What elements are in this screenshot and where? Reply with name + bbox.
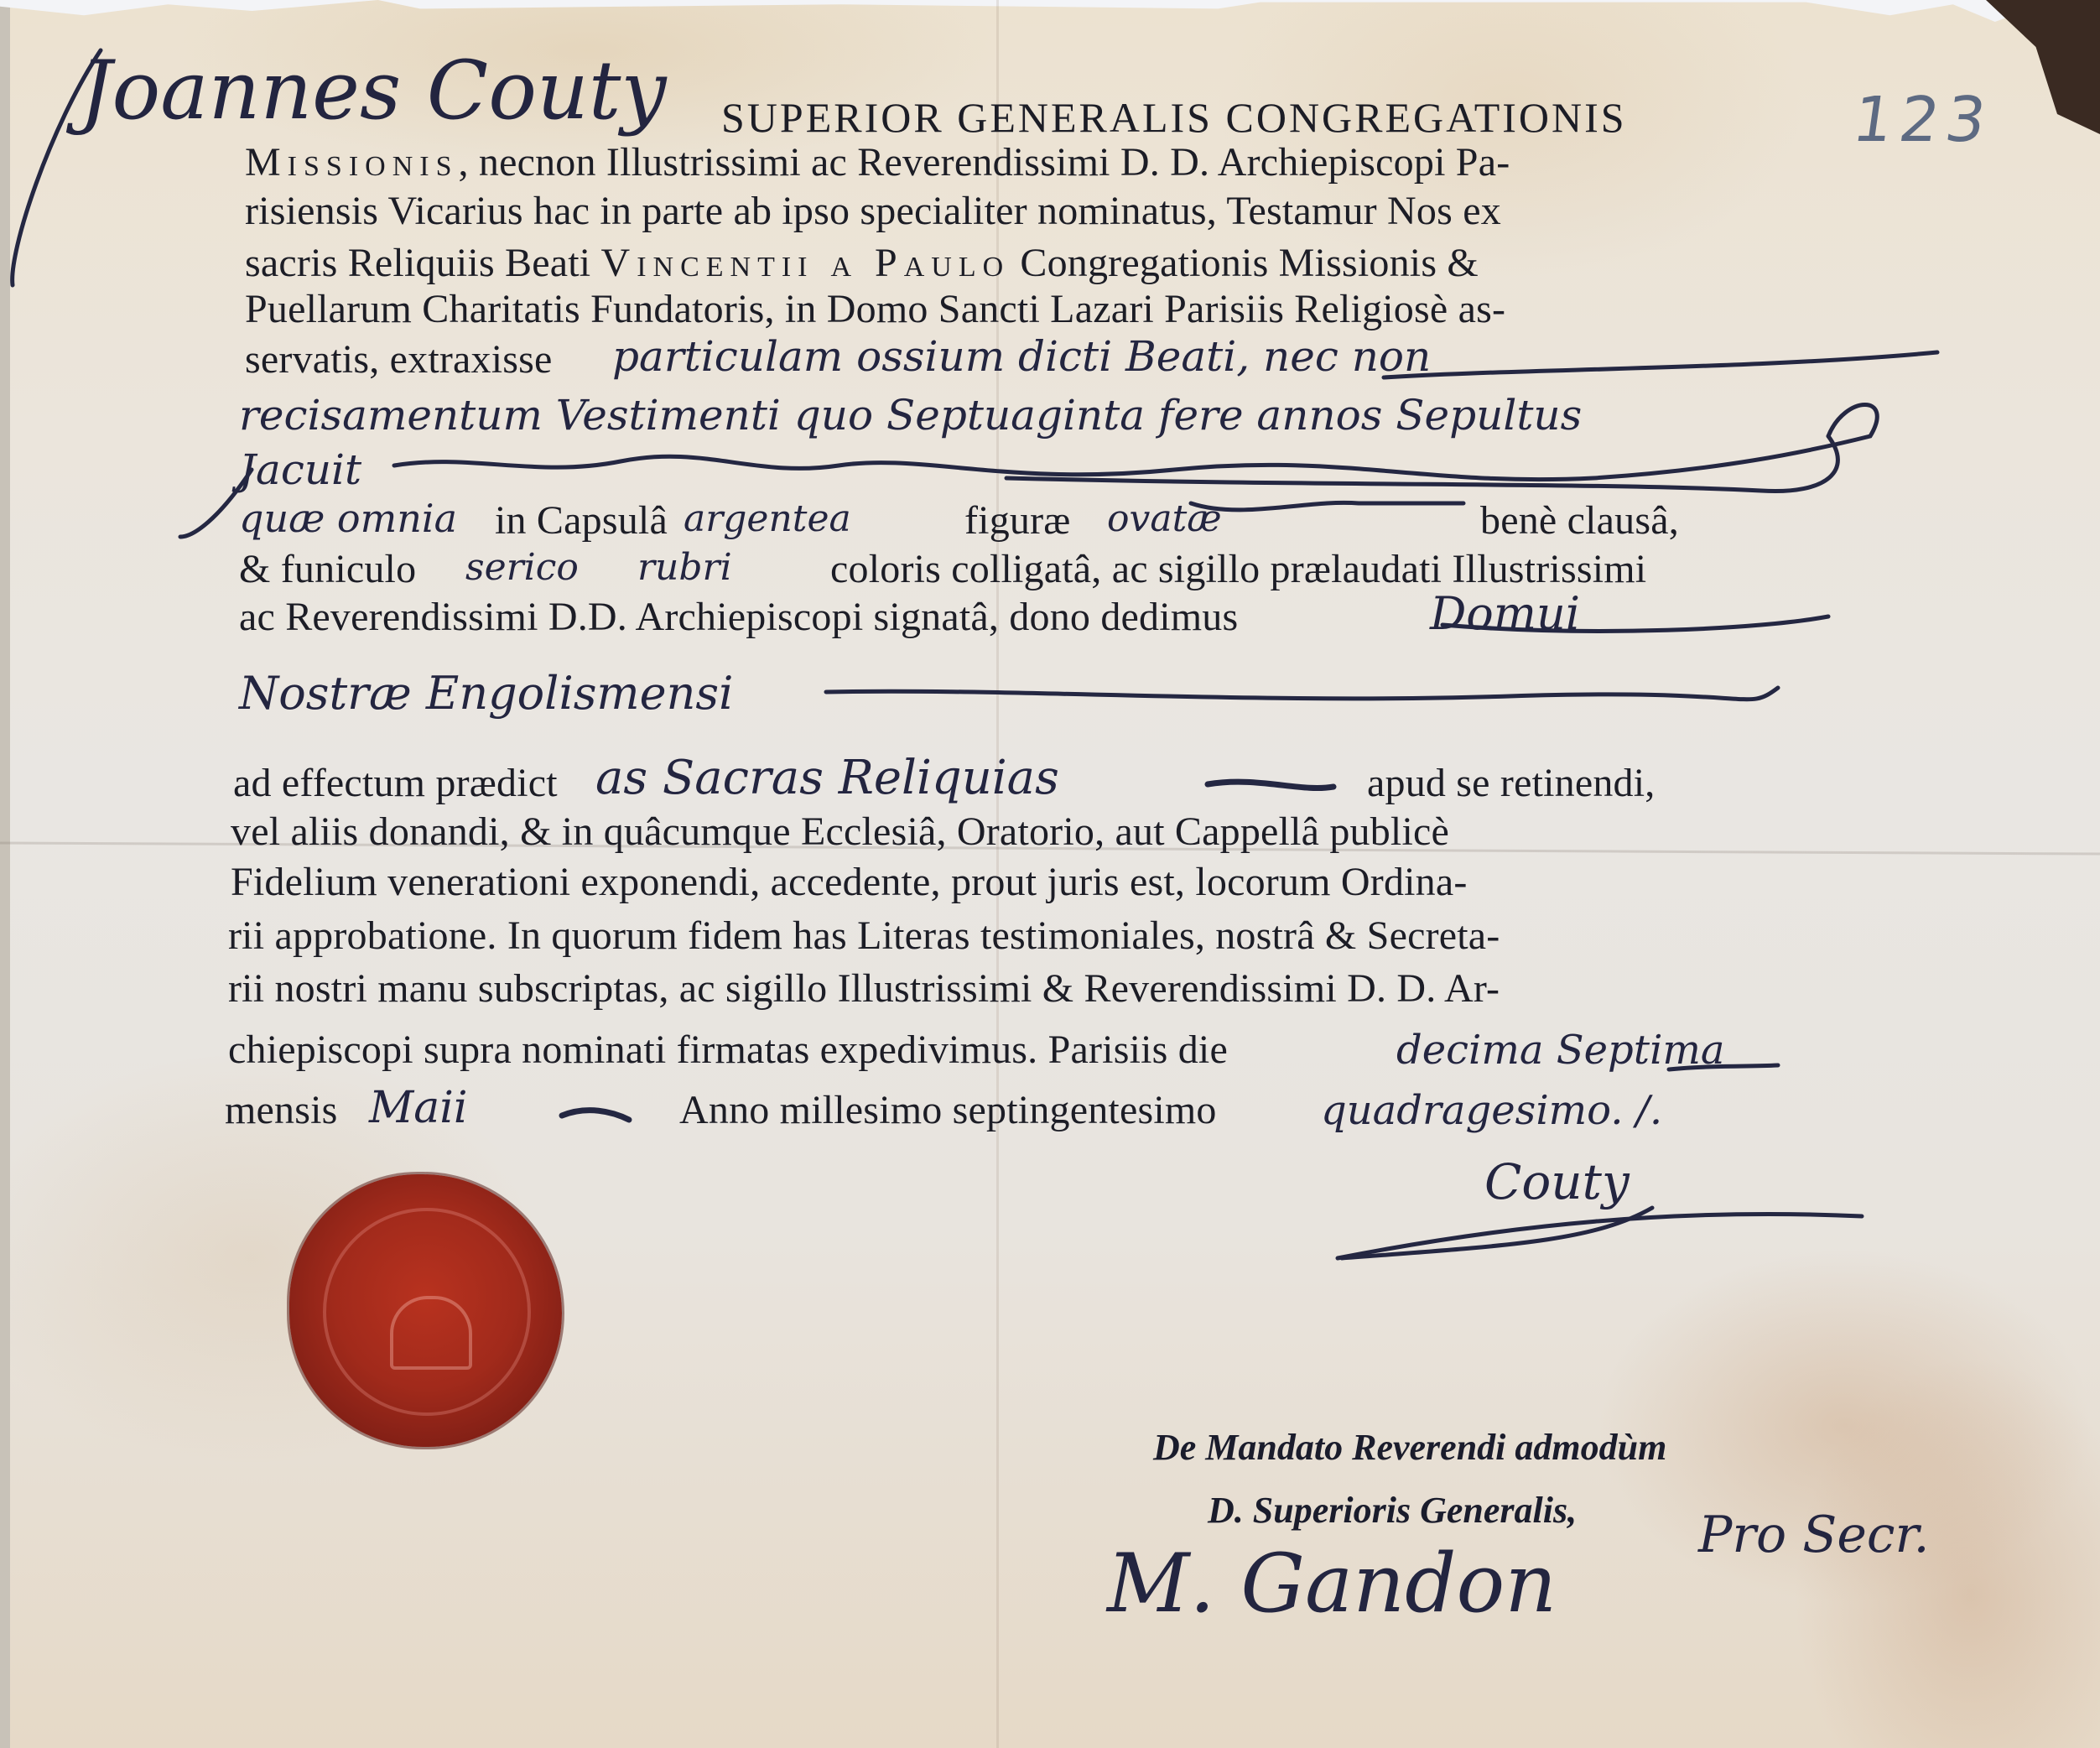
ink-flourishes <box>0 0 2100 1748</box>
header-flourish <box>13 50 101 285</box>
